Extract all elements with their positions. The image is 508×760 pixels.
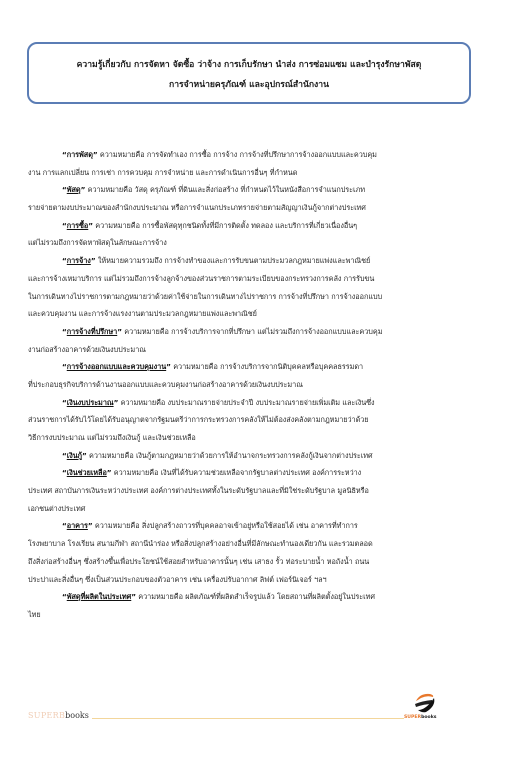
superbooks-text-logo: SUPERBbooks <box>28 711 89 720</box>
definition-text: ความหมายคือ การจ้างบริการจากนิติบุคคลหรื… <box>171 362 363 371</box>
definition-continuation-line: ถึงสิ่งก่อสร้างอื่นๆ ซึ่งสร้างขึ้นเพื่อป… <box>28 553 488 571</box>
definition-text: ให้หมายความรวมถึง การจ้างทำของและการรับข… <box>96 256 371 265</box>
definition-text: ความหมายคือ ผลิตภัณฑ์ที่ผลิตสำเร็จรูปแล้… <box>136 592 375 601</box>
definition-term: เงินช่วยเหลือ <box>67 468 107 477</box>
definition-continuation-line: รายจ่ายตามงบประมาณของสำนักงบประมาณ หรือก… <box>28 199 488 217</box>
definition-continuation-line: งาน การแลกเปลี่ยน การเช่า การควบคุม การจ… <box>28 164 488 182</box>
definition-continuation-line: วิธีการงบประมาณ แต่ไม่รวมถึงเงินกู้ และเ… <box>28 429 488 447</box>
definition-term: พัสดุ <box>67 185 81 194</box>
definition-text: ความหมายคือ วัสดุ ครุภัณฑ์ ที่ดินและสิ่ง… <box>85 185 365 194</box>
definition-continuation-line: แต่ไม่รวมถึงการจัดหาพัสดุในลักษณะการจ้าง <box>28 234 488 252</box>
definition-text: ความหมายคือ เงินที่ได้รับความช่วยเหลือจา… <box>112 468 362 477</box>
definition-first-line: “การพัสดุ” ความหมายคือ การจัดทำเอง การซื… <box>28 146 488 164</box>
definition-continuation-line: ในการเดินทางไปราชการตามกฎหมายว่าด้วยค่าใ… <box>28 288 488 306</box>
definition-continuation-line: ไทย <box>28 606 488 624</box>
definition-first-line: “พัสดุที่ผลิตในประเทศ” ความหมายคือ ผลิตภ… <box>28 588 488 606</box>
definition-term: การจ้างที่ปรึกษา <box>67 327 117 336</box>
definition-first-line: “เงินกู้” ความหมายคือ เงินกู้ตามกฎหมายว่… <box>28 447 488 465</box>
definition-continuation-line: เอกชนต่างประเทศ <box>28 500 488 518</box>
definition-continuation-line: ประปาและสิ่งอื่นๆ ซึ่งเป็นส่วนประกอบของต… <box>28 571 488 589</box>
definition-term: การพัสดุ <box>67 150 93 159</box>
definition-term: การซื้อ <box>67 221 89 230</box>
page-footer: SUPERBbooks SUPERbooks <box>28 706 468 726</box>
footer-divider <box>92 718 404 719</box>
swoosh-logo-icon <box>412 692 438 716</box>
definition-text: ความหมายคือ การซื้อพัสดุทุกชนิดทั้งที่มี… <box>93 221 357 230</box>
definition-first-line: “เงินงบประมาณ” ความหมายคือ งบประมาณรายจ่… <box>28 394 488 412</box>
logo-super-text: SUPER <box>404 715 421 720</box>
definition-continuation-line: งานก่อสร้างอาคารด้วยเงินงบประมาณ <box>28 341 488 359</box>
logo-books-text: books <box>421 715 436 720</box>
definition-first-line: “อาคาร” ความหมายคือ สิ่งปลูกสร้างถาวรที่… <box>28 517 488 535</box>
definition-continuation-line: ประเทศ สถาบันการเงินระหว่างประเทศ องค์กา… <box>28 482 488 500</box>
definition-term: การจ้าง <box>67 256 91 265</box>
document-title-line-1: ความรู้เกี่ยวกับ การจัดหา จัดซื้อ ว่าจ้า… <box>29 57 469 71</box>
logo-books-text: books <box>65 711 89 720</box>
logo-super-text: SUPERB <box>28 711 65 720</box>
definition-first-line: “การจ้าง” ให้หมายความรวมถึง การจ้างทำของ… <box>28 252 488 270</box>
definition-text: ความหมายคือ เงินกู้ตามกฎหมายว่าด้วยการให… <box>87 451 373 460</box>
definition-first-line: “การซื้อ” ความหมายคือ การซื้อพัสดุทุกชนิ… <box>28 217 488 235</box>
definition-text: ความหมายคือ งบประมาณรายจ่ายประจำปี งบประ… <box>118 398 374 407</box>
definition-first-line: “พัสดุ” ความหมายคือ วัสดุ ครุภัณฑ์ ที่ดิ… <box>28 181 488 199</box>
definition-first-line: “เงินช่วยเหลือ” ความหมายคือ เงินที่ได้รั… <box>28 464 488 482</box>
definition-text: ความหมายคือ สิ่งปลูกสร้างถาวรที่บุคคลอาจ… <box>93 521 358 530</box>
logo-caption: SUPERbooks <box>404 715 436 720</box>
definition-text: ความหมายคือ การจ้างบริการจากที่ปรึกษา แต… <box>122 327 382 336</box>
definition-term: เงินงบประมาณ <box>67 398 114 407</box>
definition-continuation-line: และควบคุมงาน และการจ้างแรงงานตามประมวลกฎ… <box>28 305 488 323</box>
superbooks-emblem-logo: SUPERbooks <box>404 692 448 726</box>
definition-continuation-line: และการจ้างเหมาบริการ แต่ไม่รวมถึงการจ้าง… <box>28 270 488 288</box>
title-box: ความรู้เกี่ยวกับ การจัดหา จัดซื้อ ว่าจ้า… <box>27 42 471 104</box>
definition-term: การจ้างออกแบบและควบคุมงาน <box>67 362 166 371</box>
definitions-body: “การพัสดุ” ความหมายคือ การจัดทำเอง การซื… <box>28 146 488 624</box>
definition-continuation-line: โรงพยาบาล โรงเรียน สนามกีฬา สถานีนำร่อง … <box>28 535 488 553</box>
definition-text: ความหมายคือ การจัดทำเอง การซื้อ การจ้าง … <box>98 150 377 159</box>
definition-continuation-line: ที่ประกอบธุรกิจบริการด้านงานออกแบบและควบ… <box>28 376 488 394</box>
document-title-line-2: การจำหน่ายครุภัณฑ์ และอุปกรณ์สำนักงาน <box>29 77 469 91</box>
definition-term: พัสดุที่ผลิตในประเทศ <box>67 592 132 601</box>
definition-term: เงินกู้ <box>67 451 82 460</box>
definition-first-line: “การจ้างที่ปรึกษา” ความหมายคือ การจ้างบร… <box>28 323 488 341</box>
definition-term: อาคาร <box>67 521 88 530</box>
definition-first-line: “การจ้างออกแบบและควบคุมงาน” ความหมายคือ … <box>28 358 488 376</box>
definition-continuation-line: ส่วนราชการได้รับไว้โดยได้รับอนุญาตจากรัฐ… <box>28 411 488 429</box>
